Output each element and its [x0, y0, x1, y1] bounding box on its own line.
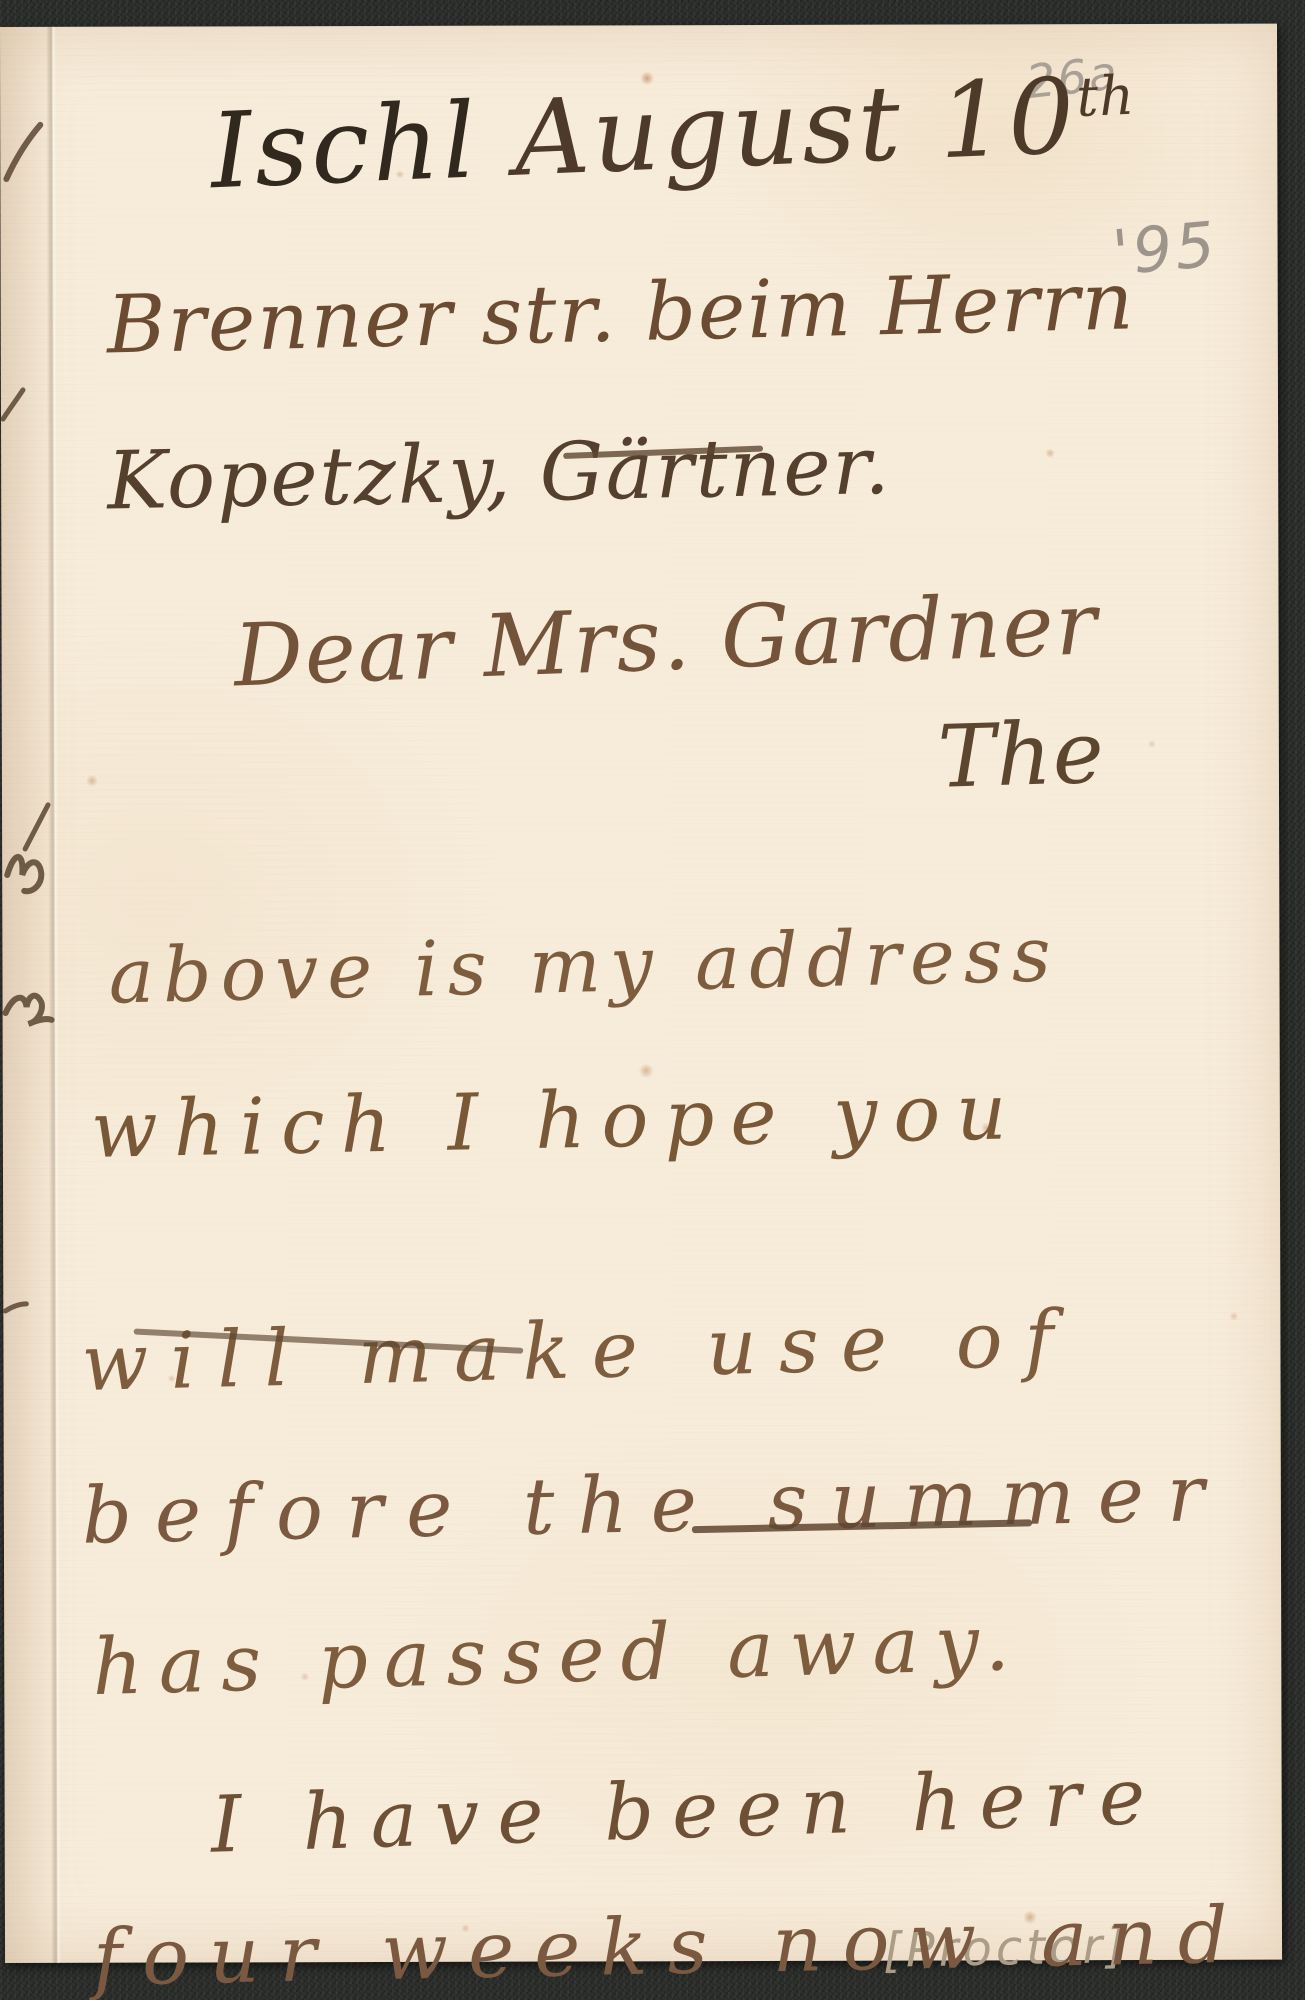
body-line-5: before the summer [81, 1450, 1228, 1563]
body-line-1: The [937, 704, 1106, 808]
address-line-1: Brenner str. beim Herrn [106, 255, 1136, 371]
body-line-3: which I hope you [90, 1068, 1023, 1176]
body-line-2: above is my address [108, 910, 1061, 1020]
body-line-7: I have been here [210, 1753, 1165, 1872]
foxing-spot [86, 775, 98, 787]
foxing-spot [640, 71, 654, 85]
adjacent-page-ink-fragments [0, 27, 64, 1427]
date-line: Ischl August 10th [208, 54, 1138, 211]
foxing-spot [395, 170, 404, 179]
foxing-spot [1023, 1910, 1037, 1924]
date-place: Ischl [208, 78, 517, 212]
foxing-spot [1045, 448, 1055, 458]
address-line-2: Kopetzky, Gärtner. [106, 420, 892, 528]
salutation-line: Dear Mrs. Gardner [232, 575, 1100, 706]
foxing-spot [1148, 740, 1156, 748]
body-line-4: will make use of [80, 1295, 1076, 1410]
date-ordinal-superscript: th [1075, 64, 1136, 129]
foxing-spot [1229, 1312, 1238, 1321]
foxing-spot [981, 1122, 992, 1133]
letter-page: 26a '95 [Proctor] Ischl August 10th Bren… [0, 24, 1282, 1963]
body-line-6: has passed away. [91, 1599, 1026, 1714]
foxing-spot [461, 1924, 470, 1933]
date-text: August 10 [512, 55, 1080, 200]
foxing-spot [168, 1375, 176, 1383]
foxing-spot [300, 1672, 309, 1681]
body-line-8: four weeks now and [92, 1892, 1248, 2000]
foxing-spot [639, 1063, 654, 1078]
